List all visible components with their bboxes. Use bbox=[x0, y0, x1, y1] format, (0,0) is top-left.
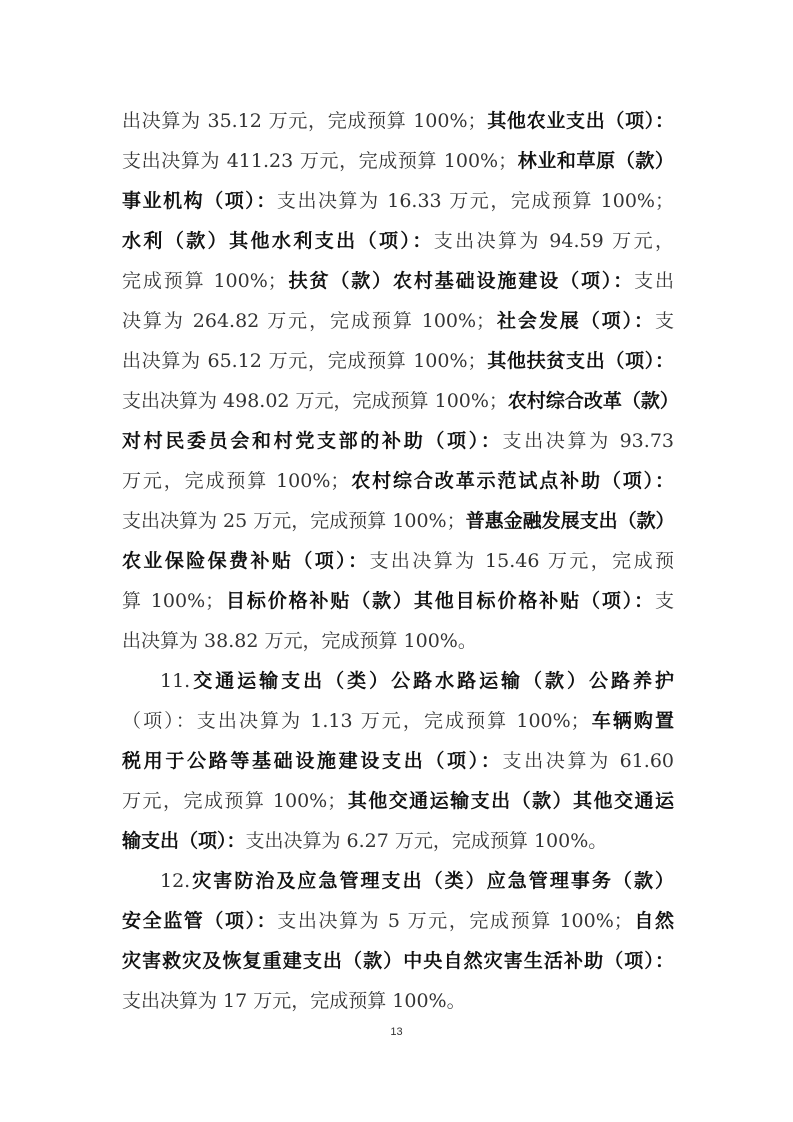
page-number: 13 bbox=[0, 1026, 793, 1038]
text-line: 安全监管（项）：支出决算为 5 万元，完成预算 100%；自然 bbox=[122, 906, 674, 936]
body-text: （项）：支出决算为 1.13 万元，完成预算 100%； bbox=[122, 710, 590, 732]
text-line: 万元，完成预算 100%；其他交通运输支出（款）其他交通运 bbox=[122, 786, 674, 816]
text-line: 算 100%；目标价格补贴（款）其他目标价格补贴（项）：支 bbox=[122, 586, 674, 616]
bold-heading-text: 税用于公路等基础设施建设支出（项）： bbox=[122, 750, 503, 772]
body-text: 支出决算为 94.59 万元， bbox=[434, 230, 674, 252]
bold-heading-text: 车辆购置 bbox=[590, 710, 674, 732]
body-text: 出决算为 38.82 万元，完成预算 100%。 bbox=[122, 630, 477, 652]
bold-heading-text: 社会发展（项）： bbox=[495, 310, 655, 332]
document-page: 出决算为 35.12 万元，完成预算 100%；其他农业支出（项）：支出决算为 … bbox=[0, 0, 793, 1122]
body-text: 支出决算为 93.73 bbox=[503, 430, 674, 452]
body-text: 出决算为 65.12 万元，完成预算 100%； bbox=[122, 350, 487, 372]
bold-heading-text: 安全监管（项）： bbox=[122, 910, 277, 932]
body-text: 支出决算为 6.27 万元，完成预算 100%。 bbox=[246, 830, 608, 852]
text-line: 支出决算为 411.23 万元，完成预算 100%；林业和草原（款） bbox=[122, 146, 674, 176]
bold-heading-text: 对村民委员会和村党支部的补助（项）： bbox=[122, 430, 503, 452]
body-text: 11. bbox=[160, 670, 190, 692]
bold-heading-text: 目标价格补贴（款）其他目标价格补贴（项）： bbox=[224, 590, 655, 612]
body-text: 支出决算为 15.46 万元，完成预 bbox=[370, 550, 674, 572]
bold-heading-text: 农业保险保费补贴（项）： bbox=[122, 550, 370, 572]
bold-heading-text: 普惠金融发展支出（款） bbox=[466, 510, 675, 532]
bold-heading-text: 农村综合改革示范试点补助（项）： bbox=[349, 470, 674, 492]
bold-heading-text: 水利（款）其他水利支出（项）： bbox=[122, 230, 434, 252]
text-line: 出决算为 38.82 万元，完成预算 100%。 bbox=[122, 626, 674, 656]
bold-heading-text: 交通运输支出（类）公路水路运输（款）公路养护 bbox=[190, 670, 674, 692]
body-text: 决算为 264.82 万元，完成预算 100%； bbox=[122, 310, 495, 332]
body-text: 算 100%； bbox=[122, 590, 224, 612]
bold-heading-text: 灾害防治及应急管理支出（类）应急管理事务（款） bbox=[190, 870, 674, 892]
body-text: 万元，完成预算 100%； bbox=[122, 470, 349, 492]
text-line: 万元，完成预算 100%；农村综合改革示范试点补助（项）： bbox=[122, 466, 674, 496]
body-text: 支出决算为 16.33 万元，完成预算 100%； bbox=[277, 190, 674, 212]
body-text: 万元，完成预算 100%； bbox=[122, 790, 346, 812]
body-text: 完成预算 100%； bbox=[122, 270, 287, 292]
text-line: 农业保险保费补贴（项）：支出决算为 15.46 万元，完成预 bbox=[122, 546, 674, 576]
body-text: 支出决算为 17 万元，完成预算 100%。 bbox=[122, 990, 466, 1012]
text-line: 支出决算为 17 万元，完成预算 100%。 bbox=[122, 986, 674, 1016]
bold-heading-text: 其他农业支出（项）： bbox=[487, 110, 674, 132]
body-text: 支出决算为 411.23 万元，完成预算 100%； bbox=[122, 150, 517, 172]
bold-heading-text: 灾害救灾及恢复重建支出（款）中央自然灾害生活补助（项）： bbox=[122, 950, 674, 972]
text-line: 出决算为 65.12 万元，完成预算 100%；其他扶贫支出（项）： bbox=[122, 346, 674, 376]
text-line: 出决算为 35.12 万元，完成预算 100%；其他农业支出（项）： bbox=[122, 106, 674, 136]
text-line: 税用于公路等基础设施建设支出（项）：支出决算为 61.60 bbox=[122, 746, 674, 776]
text-line: 完成预算 100%；扶贫（款）农村基础设施建设（项）：支出 bbox=[122, 266, 674, 296]
text-line: （项）：支出决算为 1.13 万元，完成预算 100%；车辆购置 bbox=[122, 706, 674, 736]
bold-heading-text: 输支出（项）： bbox=[122, 830, 246, 852]
text-line: 支出决算为 25 万元，完成预算 100%；普惠金融发展支出（款） bbox=[122, 506, 674, 536]
text-line: 事业机构（项）：支出决算为 16.33 万元，完成预算 100%； bbox=[122, 186, 674, 216]
body-text: 支出决算为 5 万元，完成预算 100%； bbox=[277, 910, 633, 932]
text-line: 灾害救灾及恢复重建支出（款）中央自然灾害生活补助（项）： bbox=[122, 946, 674, 976]
text-line: 12.灾害防治及应急管理支出（类）应急管理事务（款） bbox=[160, 866, 674, 896]
bold-heading-text: 农村综合改革（款） bbox=[508, 390, 679, 412]
bold-heading-text: 事业机构（项）： bbox=[122, 190, 277, 212]
body-text: 支出决算为 25 万元，完成预算 100%； bbox=[122, 510, 466, 532]
body-text: 12. bbox=[160, 870, 190, 892]
bold-heading-text: 其他扶贫支出（项）： bbox=[487, 350, 674, 372]
bold-heading-text: 其他交通运输支出（款）其他交通运 bbox=[346, 790, 674, 812]
body-text: 出决算为 35.12 万元，完成预算 100%； bbox=[122, 110, 487, 132]
body-text: 支出决算为 498.02 万元，完成预算 100%； bbox=[122, 390, 508, 412]
text-line: 决算为 264.82 万元，完成预算 100%；社会发展（项）：支 bbox=[122, 306, 674, 336]
bold-heading-text: 林业和草原（款） bbox=[517, 150, 674, 172]
bold-heading-text: 自然 bbox=[633, 910, 674, 932]
body-text: 支 bbox=[655, 310, 674, 332]
body-text: 支出 bbox=[634, 270, 674, 292]
body-text: 支 bbox=[655, 590, 674, 612]
bold-heading-text: 扶贫（款）农村基础设施建设（项）： bbox=[287, 270, 634, 292]
text-line: 输支出（项）：支出决算为 6.27 万元，完成预算 100%。 bbox=[122, 826, 674, 856]
body-text: 支出决算为 61.60 bbox=[503, 750, 674, 772]
text-line: 对村民委员会和村党支部的补助（项）：支出决算为 93.73 bbox=[122, 426, 674, 456]
text-line: 支出决算为 498.02 万元，完成预算 100%；农村综合改革（款） bbox=[122, 386, 674, 416]
text-line: 水利（款）其他水利支出（项）：支出决算为 94.59 万元， bbox=[122, 226, 674, 256]
text-line: 11.交通运输支出（类）公路水路运输（款）公路养护 bbox=[160, 666, 674, 696]
